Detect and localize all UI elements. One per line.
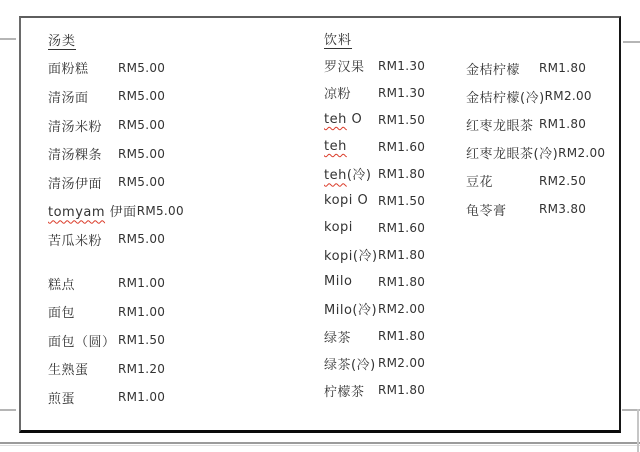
menu-item-price: RM1.50 [378, 194, 425, 208]
menu-column-soups: 汤类面粉糕RM5.00清汤面RM5.00清汤米粉RM5.00清汤粿条RM5.00… [48, 25, 298, 412]
menu-item-price: RM5.00 [137, 204, 184, 218]
menu-item-price: RM2.00 [378, 356, 425, 370]
menu-item-price: RM2.50 [539, 174, 586, 188]
menu-item-row: 清汤粿条RM5.00 [48, 139, 298, 168]
menu-item-row: 苦瓜米粉RM5.00 [48, 225, 298, 254]
page-bottom-edge-shadow [0, 445, 640, 446]
menu-item-name: 糕点 [48, 274, 118, 293]
page-right-edge-line [637, 409, 639, 452]
menu-item-row: tehRM1.60 [324, 133, 474, 160]
menu-item-name: 面粉糕 [48, 58, 118, 77]
menu-item-name: 绿茶(冷) [324, 354, 378, 373]
menu-column-drinks-continued: 金桔柠檬RM1.80金桔柠檬(冷)RM2.00红枣龙眼茶RM1.80红枣龙眼茶(… [466, 54, 631, 223]
menu-column-drinks: 饮料罗汉果RM1.30凉粉RM1.30teh ORM1.50tehRM1.60t… [324, 25, 474, 404]
menu-item-price: RM1.80 [539, 61, 586, 75]
menu-item-price: RM1.30 [378, 59, 425, 73]
menu-item-row: 生熟蛋RM1.20 [48, 355, 298, 384]
menu-item-price: RM1.50 [378, 113, 425, 127]
menu-item-name: Milo(冷) [324, 299, 378, 318]
menu-document: 汤类面粉糕RM5.00清汤面RM5.00清汤米粉RM5.00清汤粿条RM5.00… [0, 0, 640, 452]
margin-mark-top-left [0, 38, 16, 40]
menu-item-name: 面包 [48, 302, 118, 321]
menu-item-row: 豆花RM2.50 [466, 167, 631, 195]
section-header-row: 饮料 [324, 25, 474, 52]
menu-item-price: RM1.00 [118, 390, 165, 404]
menu-item-row: 龟苓膏RM3.80 [466, 195, 631, 223]
menu-item-name: 绿茶 [324, 327, 378, 346]
menu-item-row: 糕点RM1.00 [48, 269, 298, 298]
menu-item-name: teh O [324, 112, 378, 127]
menu-item-row: 清汤面RM5.00 [48, 82, 298, 111]
margin-mark-top-right [623, 41, 640, 43]
section-header: 汤类 [48, 30, 76, 49]
menu-item-price: RM1.80 [539, 117, 586, 131]
menu-item-name: tomyam 伊面 [48, 201, 137, 220]
menu-item-name: 生熟蛋 [48, 359, 118, 378]
menu-item-row: 绿茶(冷)RM2.00 [324, 350, 474, 377]
menu-item-price: RM1.80 [378, 275, 425, 289]
menu-item-row: 面包RM1.00 [48, 297, 298, 326]
menu-item-price: RM2.00 [558, 146, 605, 160]
menu-item-name: 豆花 [466, 171, 539, 190]
menu-item-row: 绿茶RM1.80 [324, 323, 474, 350]
menu-item-name: 红枣龙眼茶(冷) [466, 143, 558, 162]
menu-item-name: kopi [324, 220, 378, 235]
menu-item-price: RM1.20 [118, 362, 165, 376]
menu-item-price: RM1.80 [378, 329, 425, 343]
menu-item-price: RM1.60 [378, 221, 425, 235]
menu-item-row: teh(冷)RM1.80 [324, 160, 474, 187]
menu-item-name: teh(冷) [324, 164, 378, 183]
menu-item-row: 凉粉RM1.30 [324, 79, 474, 106]
menu-item-name: teh [324, 139, 378, 154]
menu-item-name: Milo [324, 274, 378, 289]
menu-item-name: 煎蛋 [48, 388, 118, 407]
menu-item-row: Milo(冷)RM2.00 [324, 295, 474, 322]
menu-item-price: RM1.50 [118, 333, 165, 347]
menu-item-price: RM1.80 [378, 167, 425, 181]
menu-item-row: teh ORM1.50 [324, 106, 474, 133]
menu-item-row: 煎蛋RM1.00 [48, 383, 298, 412]
menu-item-name: 清汤粿条 [48, 144, 118, 163]
page-bottom-edge-line [0, 442, 640, 444]
menu-item-row: kopi(冷)RM1.80 [324, 241, 474, 268]
menu-item-row: 罗汉果RM1.30 [324, 52, 474, 79]
menu-item-price: RM5.00 [118, 232, 165, 246]
menu-item-row: 清汤米粉RM5.00 [48, 111, 298, 140]
section-header: 饮料 [324, 29, 352, 48]
group-gap [48, 254, 298, 269]
menu-item-price: RM5.00 [118, 118, 165, 132]
menu-item-name: 清汤米粉 [48, 116, 118, 135]
menu-item-price: RM5.00 [118, 147, 165, 161]
menu-item-name: kopi(冷) [324, 245, 378, 264]
menu-item-price: RM5.00 [118, 89, 165, 103]
misspelled-word: teh [324, 139, 347, 154]
menu-item-row: 柠檬茶RM1.80 [324, 377, 474, 404]
margin-mark-bottom-left [0, 409, 16, 411]
menu-item-price: RM1.60 [378, 140, 425, 154]
misspelled-word: teh [324, 168, 347, 183]
menu-item-row: 清汤伊面RM5.00 [48, 168, 298, 197]
menu-item-price: RM1.80 [378, 248, 425, 262]
menu-item-name: 苦瓜米粉 [48, 230, 118, 249]
menu-item-row: tomyam 伊面RM5.00 [48, 197, 298, 226]
menu-item-price: RM5.00 [118, 175, 165, 189]
menu-item-row: MiloRM1.80 [324, 268, 474, 295]
menu-item-name: 罗汉果 [324, 56, 378, 75]
menu-item-row: 面粉糕RM5.00 [48, 54, 298, 83]
menu-item-name: kopi O [324, 193, 378, 208]
menu-item-row: kopi ORM1.50 [324, 187, 474, 214]
menu-item-price: RM1.80 [378, 383, 425, 397]
menu-item-name: 柠檬茶 [324, 381, 378, 400]
misspelled-word: teh [324, 112, 347, 127]
menu-item-price: RM5.00 [118, 61, 165, 75]
section-header-row: 汤类 [48, 25, 298, 54]
menu-item-name: 清汤伊面 [48, 173, 118, 192]
menu-item-price: RM1.30 [378, 86, 425, 100]
menu-item-price: RM2.00 [378, 302, 425, 316]
menu-item-name: 红枣龙眼茶 [466, 115, 539, 134]
menu-item-row: kopiRM1.60 [324, 214, 474, 241]
menu-item-name: 金桔柠檬 [466, 59, 539, 78]
menu-item-row: 面包（圆）RM1.50 [48, 326, 298, 355]
menu-item-name: 金桔柠檬(冷) [466, 87, 545, 106]
misspelled-word: tomyam [48, 205, 105, 220]
menu-item-name: 面包（圆） [48, 331, 118, 350]
menu-item-price: RM1.00 [118, 276, 165, 290]
menu-item-price: RM3.80 [539, 202, 586, 216]
menu-item-price: RM1.00 [118, 305, 165, 319]
menu-item-row: 红枣龙眼茶RM1.80 [466, 110, 631, 138]
menu-item-name: 清汤面 [48, 87, 118, 106]
menu-item-price: RM2.00 [545, 89, 592, 103]
menu-item-row: 金桔柠檬RM1.80 [466, 54, 631, 82]
menu-item-row: 红枣龙眼茶(冷)RM2.00 [466, 139, 631, 167]
menu-item-row: 金桔柠檬(冷)RM2.00 [466, 82, 631, 110]
menu-item-name: 龟苓膏 [466, 200, 539, 219]
menu-item-name: 凉粉 [324, 83, 378, 102]
